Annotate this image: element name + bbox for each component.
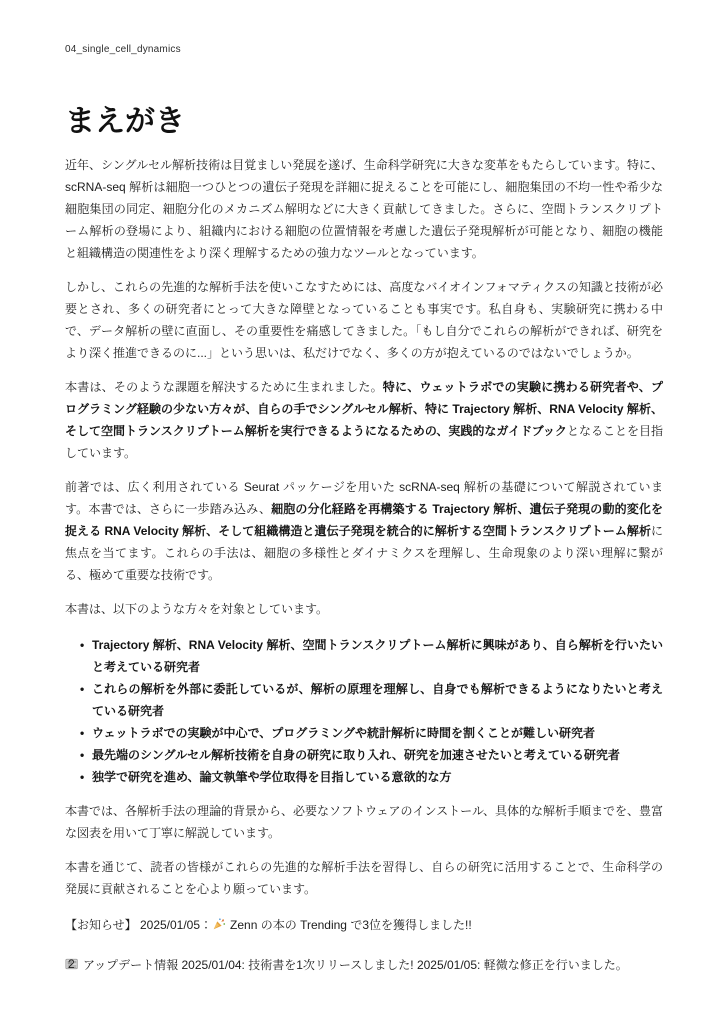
update-info-line: アップデート情報 2025/01/04: 技術書を1次リリースしました! 202… bbox=[65, 954, 663, 976]
paragraph-text: 近年、シングルセル解析技術は目覚ましい発展を遂げ、生命科学研究に大きな変革をもた… bbox=[65, 158, 663, 260]
paragraph-contents: 本書では、各解析手法の理論的背景から、必要なソフトウェアのインストール、具体的な… bbox=[65, 800, 663, 844]
page-title: まえがき bbox=[65, 104, 663, 140]
announcement-line: 【お知らせ】 2025/01/05：Zenn の本の Trending で3位を… bbox=[65, 914, 663, 936]
paragraph-text: 本書は、以下のような方々を対象としています。 bbox=[65, 602, 328, 616]
paragraph-text: 本書では、各解析手法の理論的背景から、必要なソフトウェアのインストール、具体的な… bbox=[65, 804, 663, 840]
document-filename-header: 04_single_cell_dynamics bbox=[65, 44, 663, 56]
paragraph-text: 本書は、そのような課題を解決するために生まれました。 bbox=[65, 380, 383, 394]
list-item: ウェットラボでの実験が中心で、プログラミングや統計解析に時間を割くことが難しい研… bbox=[80, 722, 663, 744]
paragraph-challenge: しかし、これらの先進的な解析手法を使いこなすためには、高度なバイオインフォマティ… bbox=[65, 276, 663, 364]
paragraph-audience-lead: 本書は、以下のような方々を対象としています。 bbox=[65, 598, 663, 620]
paragraph-closing: 本書を通じて、読者の皆様がこれらの先進的な解析手法を習得し、自らの研究に活用する… bbox=[65, 856, 663, 900]
list-item: 最先端のシングルセル解析技術を自身の研究に取り入れ、研究を加速させたいと考えてい… bbox=[80, 744, 663, 766]
page-content: 04_single_cell_dynamics まえがき 近年、シングルセル解析… bbox=[65, 44, 663, 976]
paragraph-text: 本書を通じて、読者の皆様がこれらの先進的な解析手法を習得し、自らの研究に活用する… bbox=[65, 860, 663, 896]
page-number: 2 bbox=[68, 956, 75, 972]
update-info-text: アップデート情報 2025/01/04: 技術書を1次リリースしました! 202… bbox=[83, 958, 628, 972]
paragraph-scope: 前著では、広く利用されている Seurat パッケージを用いた scRNA-se… bbox=[65, 476, 663, 586]
paragraph-intro: 近年、シングルセル解析技術は目覚ましい発展を遂げ、生命科学研究に大きな変革をもた… bbox=[65, 154, 663, 264]
paragraph-text: しかし、これらの先進的な解析手法を使いこなすためには、高度なバイオインフォマティ… bbox=[65, 280, 663, 360]
list-item: Trajectory 解析、RNA Velocity 解析、空間トランスクリプト… bbox=[80, 634, 663, 678]
party-popper-icon bbox=[212, 917, 226, 931]
paragraph-purpose: 本書は、そのような課題を解決するために生まれました。特に、ウェットラボでの実験に… bbox=[65, 376, 663, 464]
document-page: 04_single_cell_dynamics まえがき 近年、シングルセル解析… bbox=[0, 0, 724, 1024]
announcement-suffix: Zenn の本の Trending で3位を獲得しました!! bbox=[230, 918, 472, 932]
announcement-prefix: 【お知らせ】 2025/01/05： bbox=[65, 918, 212, 932]
list-item: これらの解析を外部に委託しているが、解析の原理を理解し、自身でも解析できるように… bbox=[80, 678, 663, 722]
audience-list: Trajectory 解析、RNA Velocity 解析、空間トランスクリプト… bbox=[65, 634, 663, 788]
list-item: 独学で研究を進め、論文執筆や学位取得を目指している意欲的な方 bbox=[80, 766, 663, 788]
